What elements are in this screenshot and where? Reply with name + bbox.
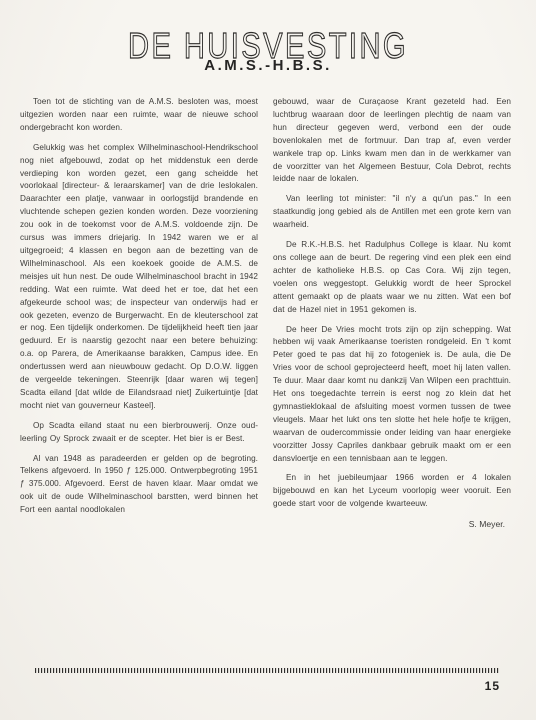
paragraph: Al van 1948 as paradeerden er gelden op … [20,453,258,518]
hatched-rule [35,668,500,673]
paragraph: De heer De Vries mocht trots zijn op zij… [273,324,511,466]
article-body: Toen tot de stichting van de A.M.S. besl… [20,96,511,529]
document-page: DE HUISVESTING A.M.S.-H.B.S. Toen tot de… [0,0,536,720]
right-column: gebouwd, waar de Curaçaose Krant gezetel… [273,96,511,529]
paragraph: Gelukkig was het complex Wilhelminaschoo… [20,142,258,413]
paragraph: Van leerling tot minister: "il n'y a qu'… [273,193,511,232]
paragraph: De R.K.-H.B.S. het Radulphus College is … [273,239,511,316]
paragraph: Toen tot de stichting van de A.M.S. besl… [20,96,258,135]
left-column: Toen tot de stichting van de A.M.S. besl… [20,96,258,529]
paragraph: gebouwd, waar de Curaçaose Krant gezetel… [273,96,511,186]
page-number: 15 [485,679,500,693]
paragraph: Op Scadta eiland staat nu een bierbrouwe… [20,420,258,446]
page-subtitle: A.M.S.-H.B.S. [0,57,536,74]
paragraph: En in het juebileumjaar 1966 worden er 4… [273,472,511,511]
author-signature: S. Meyer. [273,519,511,529]
